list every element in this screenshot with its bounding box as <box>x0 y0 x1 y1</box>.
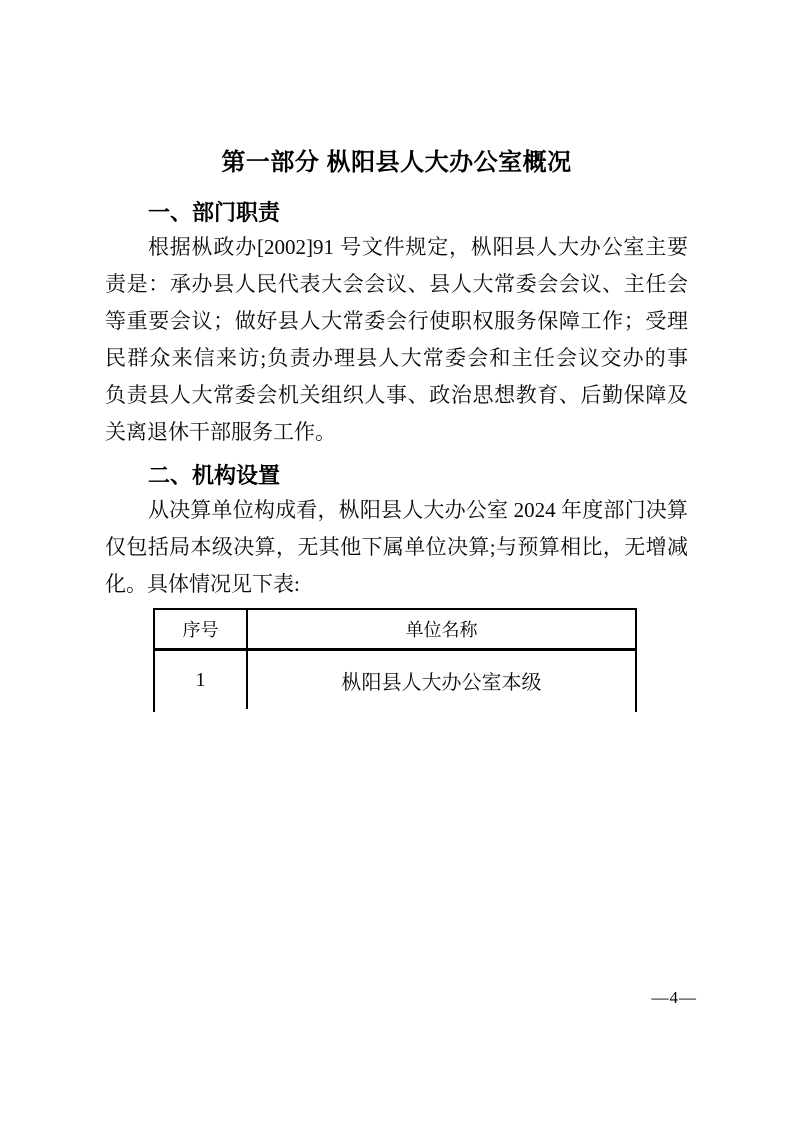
cell-unit-name: 枞阳县人大办公室本级 <box>248 651 635 709</box>
text-line: 等重要会议；做好县人大常委会行使职权服务保障工作；受理人 <box>105 303 688 340</box>
text-line: 根据枞政办[2002]91 号文件规定，枞阳县人大办公室主要职 <box>105 229 688 266</box>
page-number: —4— <box>652 988 698 1008</box>
org-units-table: 序号 单位名称 1 枞阳县人大办公室本级 <box>153 608 637 712</box>
table-header-unit-name: 单位名称 <box>248 610 635 648</box>
paragraph-organization: 从决算单位构成看，枞阳县人大办公室 2024 年度部门决算 仅包括局本级决算，无… <box>105 492 688 603</box>
cell-seq: 1 <box>155 651 248 709</box>
text-line: 仅包括局本级决算，无其他下属单位决算;与预算相比，无增减变 <box>105 529 688 566</box>
text-line: 民群众来信来访;负责办理县人大常委会和主任会议交办的事项； <box>105 340 688 377</box>
text-line: 负责县人大常委会机关组织人事、政治思想教育、后勤保障及机 <box>105 377 688 414</box>
table-header-row: 序号 单位名称 <box>155 610 635 651</box>
table-row: 1 枞阳县人大办公室本级 <box>155 651 635 709</box>
section-heading-duties: 一、部门职责 <box>148 196 280 227</box>
document-page: 第一部分 枞阳县人大办公室概况 一、部门职责 根据枞政办[2002]91 号文件… <box>0 0 793 1122</box>
section-heading-organization: 二、机构设置 <box>148 459 280 490</box>
table-header-seq: 序号 <box>155 610 248 648</box>
text-line: 化。具体情况见下表: <box>105 566 688 603</box>
text-line: 从决算单位构成看，枞阳县人大办公室 2024 年度部门决算 <box>105 492 688 529</box>
text-line: 关离退休干部服务工作。 <box>105 414 688 451</box>
text-line: 责是：承办县人民代表大会会议、县人大常委会会议、主任会议 <box>105 266 688 303</box>
paragraph-duties: 根据枞政办[2002]91 号文件规定，枞阳县人大办公室主要职 责是：承办县人民… <box>105 229 688 451</box>
document-title: 第一部分 枞阳县人大办公室概况 <box>0 142 793 177</box>
